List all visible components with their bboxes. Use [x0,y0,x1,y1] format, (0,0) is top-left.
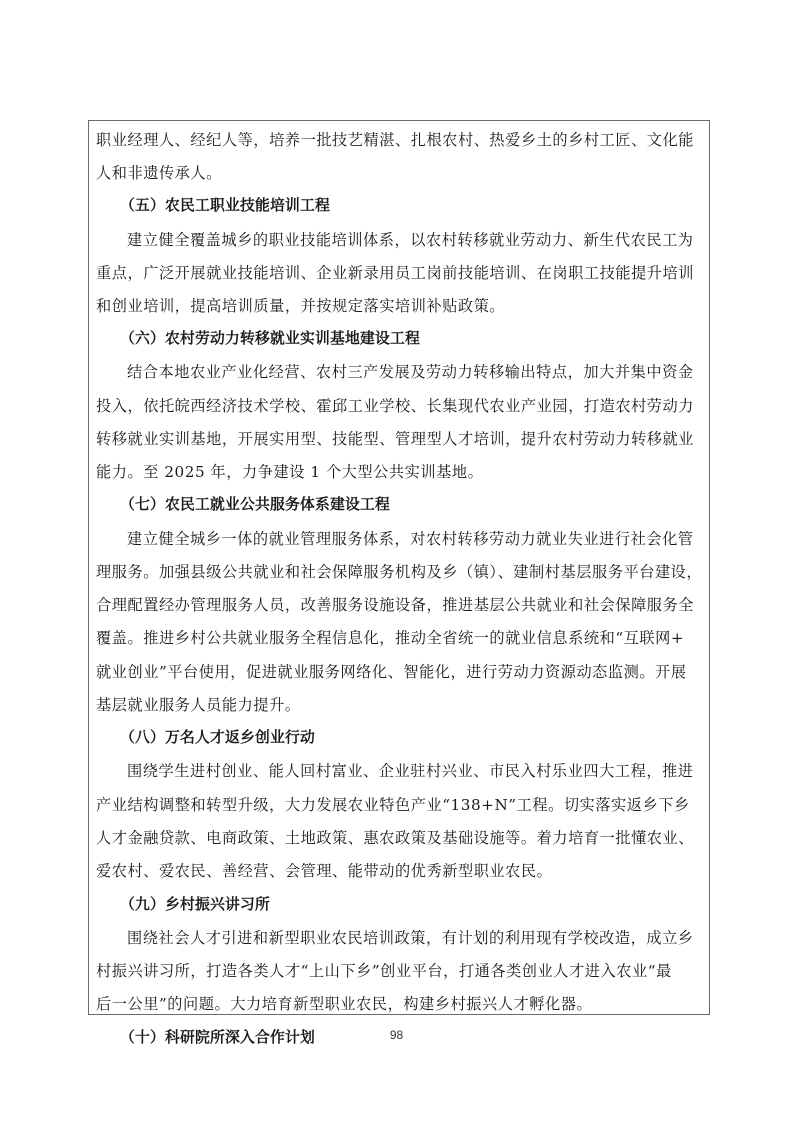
section-heading: （八）万名人才返乡创业行动 [120,728,315,748]
paragraph-line: 围绕学生进村创业、能人回村富业、企业驻村兴业、市民入村乐业四大工程，推进 [127,761,694,781]
paragraph-line: 爱农村、爱农民、善经营、会管理、能带动的优秀新型职业农民。 [96,861,552,881]
paragraph-line: 就业创业”平台使用，促进就业服务网络化、智能化，进行劳动力资源动态监测。开展 [96,662,687,682]
paragraph-line: 和创业培训，提高培训质量，并按规定落实培训补贴政策。 [96,296,505,316]
paragraph-line: 理服务。加强县级公共就业和社会保障服务机构及乡（镇）、建制村基层服务平台建设， [96,562,702,582]
paragraph-line: 重点，广泛开展就业技能培训、企业新录用员工岗前技能培训、在岗职工技能提升培训 [96,263,694,283]
paragraph-line: 人才金融贷款、电商政策、土地政策、惠农政策及基础设施等。着力培育一批懂农业、 [96,828,694,848]
paragraph-line: 覆盖。推进乡村公共就业服务全程信息化，推动全省统一的就业信息系统和“互联网+ [96,628,684,648]
section-heading: （七）农民工就业公共服务体系建设工程 [120,495,390,515]
paragraph-line: 后一公里”的问题。大力培育新型职业农民，构建乡村振兴人才孵化器。 [96,994,592,1014]
paragraph-line: 投入，依托皖西经济技术学校、霍邱工业学校、长集现代农业产业园，打造农村劳动力 [96,396,694,416]
paragraph-line: 结合本地农业产业化经营、农村三产发展及劳动力转移输出特点，加大并集中资金 [127,362,694,382]
page-number: 98 [0,1028,793,1042]
section-heading: （五）农民工职业技能培训工程 [120,196,330,216]
paragraph-line: 村振兴讲习所，打造各类人才“上山下乡”创业平台，打通各类创业人才进入农业“最 [96,961,672,981]
paragraph-line: 能力。至 2025 年，力争建设 1 个大型公共实训基地。 [96,462,483,482]
section-heading: （九）乡村振兴讲习所 [120,895,270,915]
paragraph-line: 产业结构调整和转型升级，大力发展农业特色产业“138+N”工程。切实落实返乡下乡 [96,795,690,815]
paragraph-line: 建立健全城乡一体的就业管理服务体系，对农村转移劳动力就业失业进行社会化管 [127,529,694,549]
paragraph-line: 围绕社会人才引进和新型职业农民培训政策，有计划的利用现有学校改造，成立乡 [127,928,694,948]
paragraph-line: 合理配置经办管理服务人员，改善服务设施设备，推进基层公共就业和社会保障服务全 [96,595,694,615]
paragraph-line: 基层就业服务人员能力提升。 [96,695,301,715]
section-heading: （六）农村劳动力转移就业实训基地建设工程 [120,329,420,349]
paragraph-line: 人和非遗传承人。 [96,163,222,183]
paragraph-line: 职业经理人、经纪人等，培养一批技艺精湛、扎根农村、热爱乡土的乡村工匠、文化能 [96,130,694,150]
paragraph-line: 建立健全覆盖城乡的职业技能培训体系，以农村转移就业劳动力、新生代农民工为 [127,230,694,250]
paragraph-line: 转移就业实训基地，开展实用型、技能型、管理型人才培训，提升农村劳动力转移就业 [96,429,694,449]
